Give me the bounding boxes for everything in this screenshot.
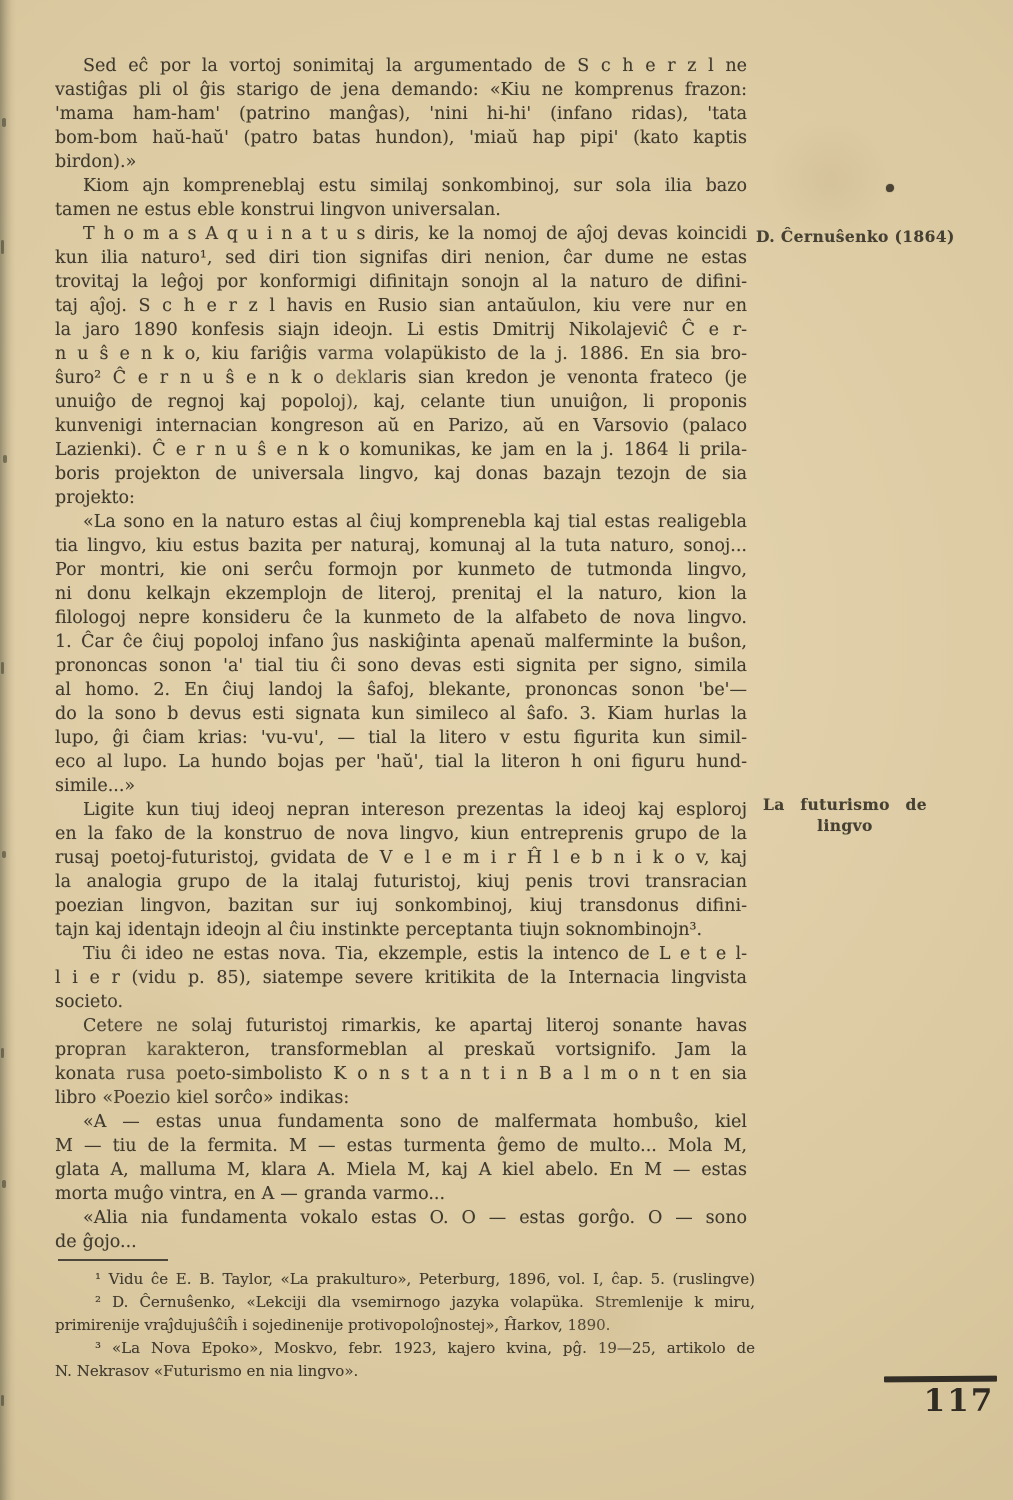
book-page: Sed eĉ por la vortoj sonimitaj la argume…	[0, 0, 1013, 1500]
body-line: birdon).»	[55, 150, 747, 174]
body-line: taj aĵoj. S c h e r z l havis en Rusio s…	[55, 294, 747, 318]
body-line: en la fako de la konstruo de nova lingvo…	[55, 822, 747, 846]
footnote-line: ² D. Ĉernuŝenko, «Lekciji dla vsemirnogo…	[55, 1291, 755, 1314]
footnotes: ¹ Vidu ĉe E. B. Taylor, «La prakulturo»,…	[55, 1268, 755, 1383]
body-line: bom-bom haŭ-haŭ' (patro batas hundon), '…	[55, 126, 747, 150]
body-line: filologoj nepre konsideru ĉe la kunmeto …	[55, 606, 747, 630]
footnote-separator	[58, 1259, 168, 1261]
body-line: 1. Ĉar ĉe ĉiuj popoloj infano ĵus naskiĝ…	[55, 630, 747, 654]
body-line: boris projekton de universala lingvo, ka…	[55, 462, 747, 486]
body-line: Ligite kun tiuj ideoj nepran intereson p…	[55, 798, 747, 822]
body-line: projekto:	[55, 486, 747, 510]
margin-note-text: D. Ĉernuŝenko (1864)	[756, 226, 971, 247]
body-line: rusaj poetoj-futuristoj, gvidata de V e …	[55, 846, 747, 870]
edge-speck	[1, 662, 4, 674]
body-line: Sed eĉ por la vortoj sonimitaj la argume…	[55, 54, 747, 78]
margin-note-cernusenko: D. Ĉernuŝenko (1864)	[756, 226, 971, 247]
body-text: Sed eĉ por la vortoj sonimitaj la argume…	[55, 54, 747, 1254]
body-line: lupo, ĝi ĉiam krias: 'vu-vu', — tial la …	[55, 726, 747, 750]
body-line: societo.	[55, 990, 747, 1014]
body-line: prononcas sonon 'a' tial tiu ĉi sono dev…	[55, 654, 747, 678]
body-line: libro «Poezio kiel sorĉo» indikas:	[55, 1086, 747, 1110]
body-line: la analogia grupo de la italaj futuristo…	[55, 870, 747, 894]
body-line: tamen ne estus eble konstrui lingvon uni…	[55, 198, 747, 222]
body-line: poezian lingvon, bazitan sur iuj sonkomb…	[55, 894, 747, 918]
footnote-line: N. Nekrasov «Futurismo en nia lingvo».	[55, 1360, 755, 1383]
body-line: Por montri, kie oni serĉu formojn por ku…	[55, 558, 747, 582]
edge-speck	[1, 1395, 4, 1406]
edge-speck	[1, 240, 4, 254]
page-number-rule	[884, 1376, 997, 1383]
body-line: Tiu ĉi ideo ne estas nova. Tia, ekzemple…	[55, 942, 747, 966]
body-line: Cetere ne solaj futuristoj rimarkis, ke …	[55, 1014, 747, 1038]
body-line: ni donu kelkajn ekzemplojn de literoj, p…	[55, 582, 747, 606]
body-line: tia lingvo, kiu estus bazita per naturaj…	[55, 534, 747, 558]
body-line: 'mama ham-ham' (patrino manĝas), 'nini h…	[55, 102, 747, 126]
body-line: Kiom ajn kompreneblaj estu similaj sonko…	[55, 174, 747, 198]
body-line: kun ilia naturo¹, sed diri tion signifas…	[55, 246, 747, 270]
body-line: ŝuro² Ĉ e r n u ŝ e n k o deklaris sian …	[55, 366, 747, 390]
body-line: n u ŝ e n k o, kiu fariĝis varma volapük…	[55, 342, 747, 366]
body-line: «A — estas unua fundamenta sono de malfe…	[55, 1110, 747, 1134]
footnote-line: ¹ Vidu ĉe E. B. Taylor, «La prakulturo»,…	[55, 1268, 755, 1291]
margin-note-futurismo: La futurismo de la lingvo	[763, 794, 927, 836]
body-line: «Alia nia fundamenta vokalo estas O. O —…	[55, 1206, 747, 1230]
body-line: l i e r (vidu p. 85), siatempe severe kr…	[55, 966, 747, 990]
edge-speck	[2, 1180, 6, 1188]
edge-speck	[3, 455, 7, 463]
page-edge-shadow	[0, 0, 16, 1500]
body-line: M — tiu de la fermita. M — estas turment…	[55, 1134, 747, 1158]
body-line: kunvenigi internacian kongreson aŭ en Pa…	[55, 414, 747, 438]
body-line: simile...»	[55, 774, 747, 798]
body-line: trovitaj la leĝoj por konformigi difinit…	[55, 270, 747, 294]
edge-speck	[2, 851, 6, 858]
edge-speck	[1, 1048, 4, 1058]
margin-note-text: lingvo	[763, 815, 927, 836]
body-line: propran karakteron, transformeblan al pr…	[55, 1038, 747, 1062]
footnote-line: ³ «La Nova Epoko», Moskvo, febr. 1923, k…	[55, 1337, 755, 1360]
body-line: unuiĝo de regnoj kaj popoloj), kaj, cela…	[55, 390, 747, 414]
body-line: konata rusa poeto-simbolisto K o n s t a…	[55, 1062, 747, 1086]
body-line: do la sono b devus esti signata kun simi…	[55, 702, 747, 726]
body-line: glata A, malluma M, klara A. Miela M, ka…	[55, 1158, 747, 1182]
body-line: «La sono en la naturo estas al ĉiuj komp…	[55, 510, 747, 534]
body-line: eco al lupo. La hundo bojas per 'haŭ', t…	[55, 750, 747, 774]
body-line: tajn kaj identajn ideojn al ĉiu instinkt…	[55, 918, 747, 942]
ink-spot	[886, 184, 894, 192]
body-line: morta muĝo vintra, en A — granda varmo..…	[55, 1182, 747, 1206]
page-number: 117	[920, 1383, 998, 1419]
body-line: vastiĝas pli ol ĝis starigo de jena dema…	[55, 78, 747, 102]
margin-note-text: La futurismo de la	[763, 794, 927, 815]
body-line: al homo. 2. En ĉiuj landoj la ŝafoj, ble…	[55, 678, 747, 702]
body-line: de ĝojo...	[55, 1230, 747, 1254]
body-line: T h o m a s A q u i n a t u s diris, ke …	[55, 222, 747, 246]
body-line: Lazienki). Ĉ e r n u ŝ e n k o komunikas…	[55, 438, 747, 462]
body-line: la jaro 1890 konfesis siajn ideojn. Li e…	[55, 318, 747, 342]
edge-speck	[2, 118, 6, 127]
footnote-line: primirenije vraĵdujuŝĉiĥ i sojedinenije …	[55, 1314, 755, 1337]
